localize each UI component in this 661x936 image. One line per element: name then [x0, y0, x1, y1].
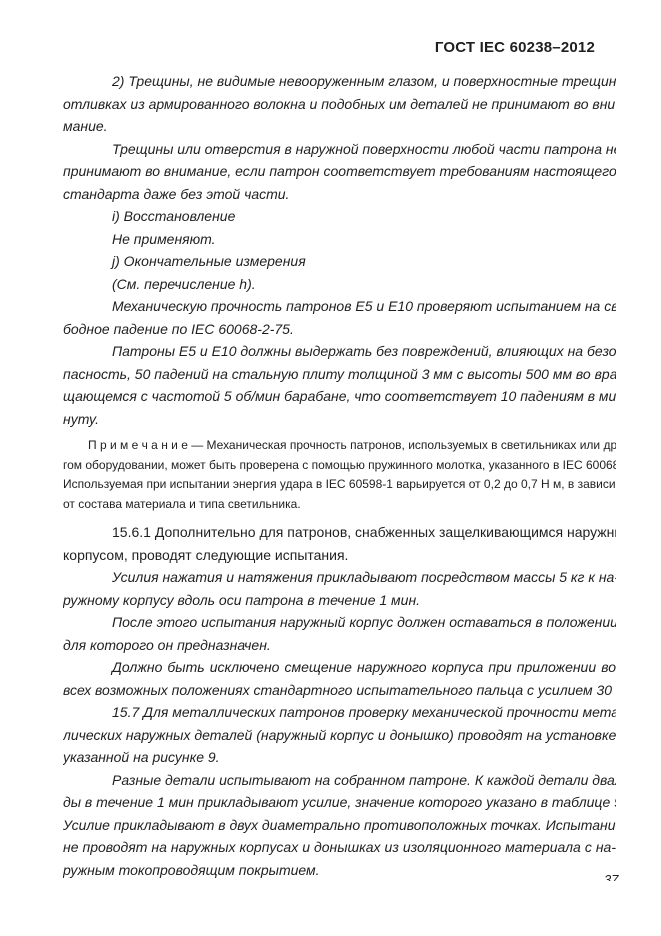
paragraph: 15.6.1 Дополнительно для патронов, снабж… [63, 521, 616, 566]
document-header: ГОСТ IEC 60238–2012 [0, 39, 595, 56]
text-line: всех возможных положениях стандартного и… [63, 679, 616, 702]
paragraph: Не применяют. [63, 228, 616, 251]
text-line: нуту. [63, 408, 616, 431]
text-line: корпусом, проводят следующие испытания. [63, 544, 616, 567]
paragraph: Разные детали испытывают на собранном па… [63, 769, 616, 882]
text-line: 2) Трещины, не видимые невооруженным гла… [63, 70, 616, 93]
text-line: указанной на рисунке 9. [63, 746, 616, 769]
page-number-text: 37 [604, 872, 618, 881]
text-line: Усилия нажатия и натяжения прикладывают … [63, 566, 616, 589]
text-line: Патроны Е5 и Е10 должны выдержать без по… [63, 340, 616, 363]
paragraph: i) Восстановление [63, 205, 616, 228]
paragraph: j) Окончательные измерения [63, 250, 616, 273]
paragraph: После этого испытания наружный корпус до… [63, 611, 616, 656]
text-line: 15.6.1 Дополнительно для патронов, снабж… [63, 521, 616, 544]
text-line: лических наружных деталей (наружный корп… [63, 724, 616, 747]
text-line: не проводят на наружных корпусах и доныш… [63, 836, 616, 859]
text-line: Усилие прикладывают в двух диаметрально … [63, 814, 616, 837]
page-number: 37 [604, 872, 634, 881]
text-line: Разные детали испытывают на собранном па… [63, 769, 616, 792]
text-line: стандарта даже без этой части. [63, 183, 616, 206]
paragraph: Патроны Е5 и Е10 должны выдержать без по… [63, 340, 616, 430]
text-line: i) Восстановление [63, 205, 616, 228]
text-line: гом оборудовании, может быть проверена с… [63, 456, 616, 476]
text-line: отливках из армированного волокна и подо… [63, 93, 616, 116]
text-line: После этого испытания наружный корпус до… [63, 611, 616, 634]
paragraph: 2) Трещины, не видимые невооруженным гла… [63, 70, 616, 138]
text-line: бодное падение по IEC 60068-2-75. [63, 318, 616, 341]
text-line: 15.7 Для металлических патронов проверку… [63, 701, 616, 724]
document-body: 2) Трещины, не видимые невооруженным гла… [63, 70, 616, 881]
text-line: П р и м е ч а н и е — Механическая прочн… [63, 436, 616, 456]
text-line: ды в течение 1 мин прикладывают усилие, … [63, 791, 616, 814]
text-line: Не применяют. [63, 228, 616, 251]
paragraph: (См. перечисление h). [63, 273, 616, 296]
text-line: пасность, 50 падений на стальную плиту т… [63, 363, 616, 386]
paragraph: Трещины или отверстия в наружной поверхн… [63, 138, 616, 206]
text-line: Используемая при испытании энергия удара… [63, 475, 616, 495]
text-line: щающемся с частотой 5 об/мин барабане, ч… [63, 385, 616, 408]
text-line: ружному корпусу вдоль оси патрона в тече… [63, 589, 616, 612]
paragraph: 15.7 Для металлических патронов проверку… [63, 701, 616, 769]
text-line: от состава материала и типа светильника. [63, 495, 616, 515]
text-line: Трещины или отверстия в наружной поверхн… [63, 138, 616, 161]
note-paragraph: П р и м е ч а н и е — Механическая прочн… [63, 436, 616, 514]
text-line: j) Окончательные измерения [63, 250, 616, 273]
text-line: Механическую прочность патронов Е5 и Е10… [63, 295, 616, 318]
paragraph: Усилия нажатия и натяжения прикладывают … [63, 566, 616, 611]
text-line: (См. перечисление h). [63, 273, 616, 296]
paragraph: Должно быть исключено смещение наружного… [63, 656, 616, 701]
document-page: ГОСТ IEC 60238–2012 2) Трещины, не видим… [0, 0, 661, 936]
text-line: мание. [63, 115, 616, 138]
text-line: для которого он предназначен. [63, 634, 616, 657]
text-line: принимают во внимание, если патрон соотв… [63, 160, 616, 183]
text-line: ружным токопроводящим покрытием. [63, 859, 616, 882]
text-line: Должно быть исключено смещение наружного… [63, 656, 616, 679]
paragraph: Механическую прочность патронов Е5 и Е10… [63, 295, 616, 340]
